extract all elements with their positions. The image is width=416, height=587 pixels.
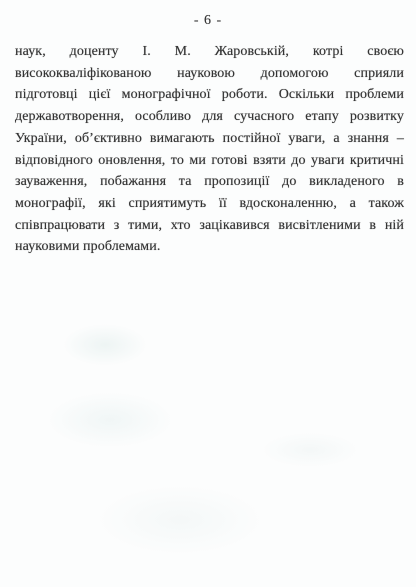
page-number: - 6 - [0,13,416,29]
text-line: співпрацювати з тими, хто зацікавився ви… [15,215,404,237]
text-line: підготовці цієї монографічної роботи. Ос… [15,84,404,106]
text-line: монографії, які сприятимуть її вдосконал… [15,193,404,215]
text-line: наук, доценту І. М. Жаровській, котрі св… [15,41,404,63]
text-line: зауваження, побажання та пропозиції до в… [15,171,404,193]
text-line: науковими проблемами. [15,236,404,258]
text-line: висококваліфікованою науковою допомогою … [15,63,404,85]
text-line: України, об’єктивно вимагають постійної … [15,128,404,150]
text-line: відповідного оновлення, то ми готові взя… [15,150,404,172]
body-paragraph: наук, доценту І. М. Жаровській, котрі св… [15,41,404,258]
text-line: державотворення, особливо для сучасного … [15,106,404,128]
scanned-document-page: - 6 - наук, доценту І. М. Жаровській, ко… [0,0,416,587]
